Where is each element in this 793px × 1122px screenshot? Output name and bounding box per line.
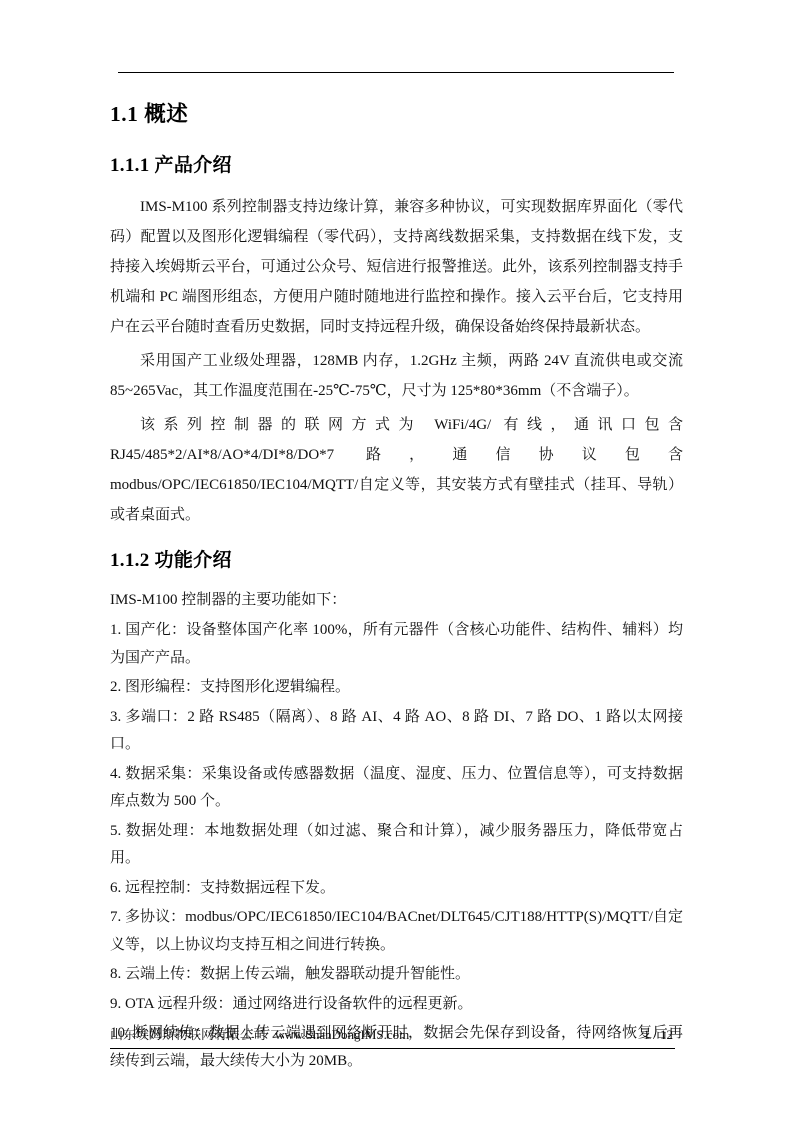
page-content: 1.1 概述 1.1.1 产品介绍 IMS-M100 系列控制器支持边缘计算，兼… (110, 0, 683, 1077)
footer-company: 山东埃姆斯物联网有限公司 (110, 1026, 266, 1044)
features-list: 1. 国产化：设备整体国产化率 100%，所有元器件（含核心功能件、结构件、辅料… (110, 617, 683, 1075)
footer-text-row: 山东埃姆斯物联网有限公司 www.ShanDongIMS.com 1 / 12 (110, 1026, 683, 1044)
document-page: 1.1 概述 1.1.1 产品介绍 IMS-M100 系列控制器支持边缘计算，兼… (0, 0, 793, 1122)
subsection-heading-features: 1.1.2 功能介绍 (110, 548, 683, 574)
feature-item: 3. 多端口：2 路 RS485（隔离）、8 路 AI、4 路 AO、8 路 D… (110, 704, 683, 759)
feature-item: 8. 云端上传：数据上传云端，触发器联动提升智能性。 (110, 961, 683, 989)
feature-item: 5. 数据处理：本地数据处理（如过滤、聚合和计算），减少服务器压力，降低带宽占用… (110, 818, 683, 873)
section-heading: 1.1 概述 (110, 100, 683, 128)
body-paragraph: 该系列控制器的联网方式为 WiFi/4G/ 有线，通讯口包含 RJ45/485*… (110, 410, 683, 530)
body-paragraph: 采用国产工业级处理器，128MB 内存，1.2GHz 主频，两路 24V 直流供… (110, 346, 683, 406)
page-footer: 山东埃姆斯物联网有限公司 www.ShanDongIMS.com 1 / 12 (110, 1026, 683, 1049)
feature-item: 2. 图形编程：支持图形化逻辑编程。 (110, 674, 683, 702)
feature-item: 6. 远程控制：支持数据远程下发。 (110, 875, 683, 903)
feature-item: 9. OTA 远程升级：通过网络进行设备软件的远程更新。 (110, 991, 683, 1019)
features-intro: IMS-M100 控制器的主要功能如下： (110, 585, 683, 615)
product-paragraphs: IMS-M100 系列控制器支持边缘计算，兼容多种协议，可实现数据库界面化（零代… (110, 192, 683, 530)
subsection-heading-product: 1.1.1 产品介绍 (110, 153, 683, 179)
feature-item: 1. 国产化：设备整体国产化率 100%，所有元器件（含核心功能件、结构件、辅料… (110, 617, 683, 672)
footer-page-number: 1 / 12 (643, 1026, 673, 1044)
feature-item: 4. 数据采集：采集设备或传感器数据（温度、湿度、压力、位置信息等），可支持数据… (110, 761, 683, 816)
feature-item: 7. 多协议：modbus/OPC/IEC61850/IEC104/BACnet… (110, 904, 683, 959)
footer-website: www.ShanDongIMS.com (275, 1026, 409, 1044)
footer-rule (110, 1048, 675, 1049)
body-paragraph: IMS-M100 系列控制器支持边缘计算，兼容多种协议，可实现数据库界面化（零代… (110, 192, 683, 342)
